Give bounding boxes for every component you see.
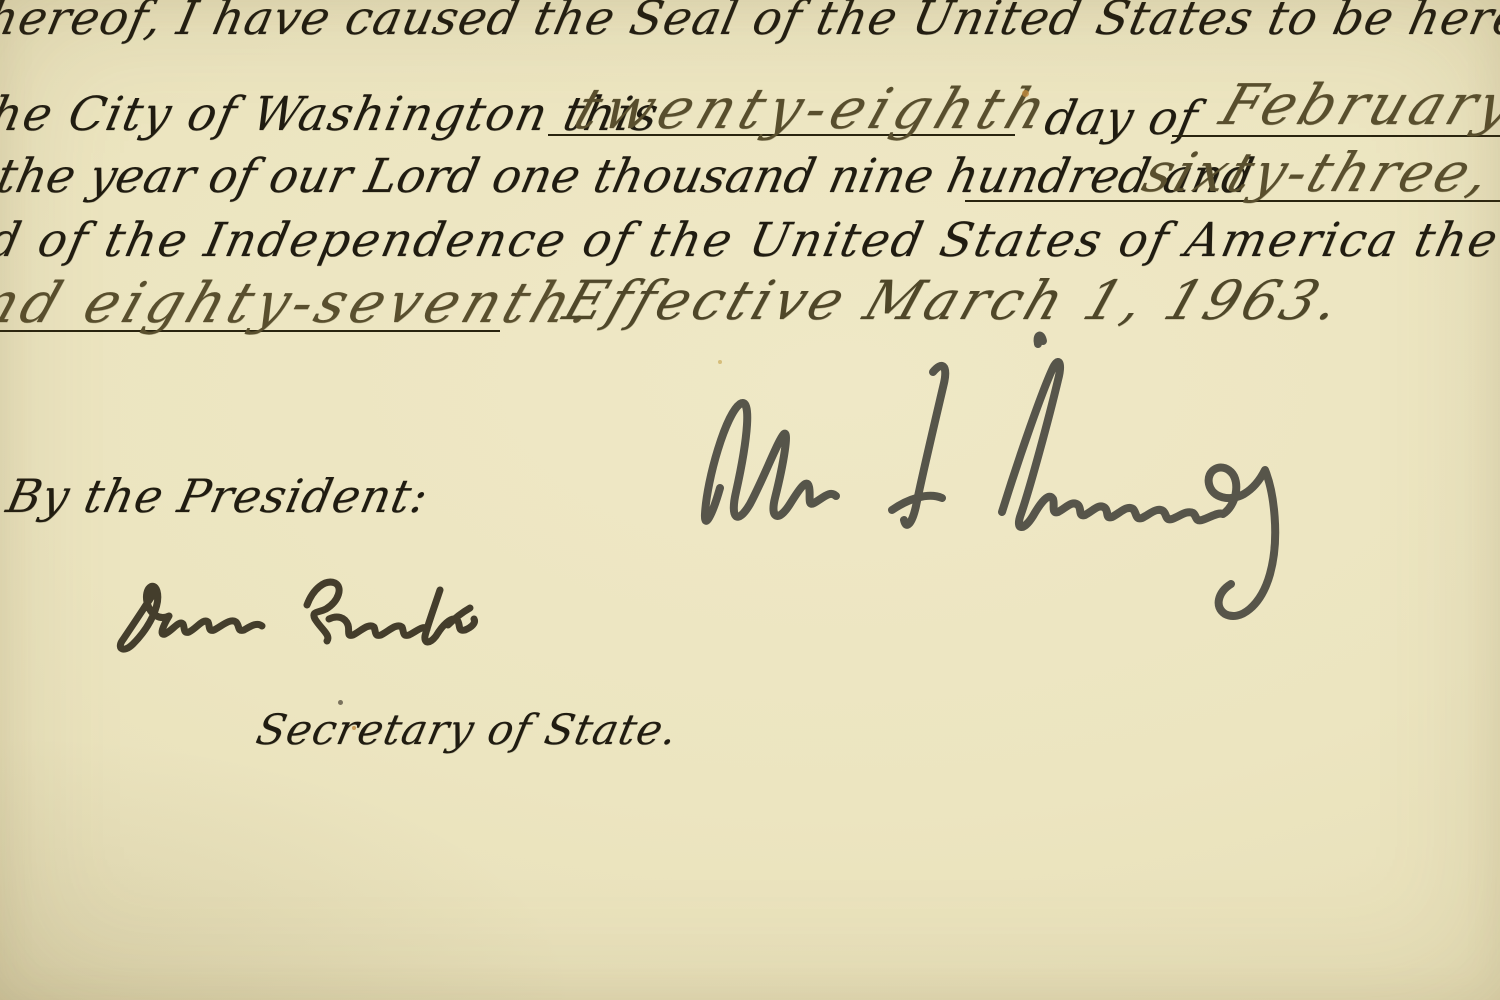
president-signature — [690, 330, 1340, 630]
day-fill-in: twenty-eighth — [566, 78, 1060, 142]
year-fill-in: sixty-three, — [1135, 142, 1500, 204]
by-the-president-label: By the President: — [2, 470, 433, 523]
paper-speck — [352, 726, 356, 730]
year-of-our-lord-text: the year of our Lord one thousand nine h… — [0, 150, 1258, 204]
paper-speck — [338, 700, 343, 705]
paper-speck — [1022, 90, 1029, 97]
paper-speck — [718, 360, 722, 364]
effective-date-fill-in: Effective March 1, 1963. — [556, 270, 1352, 332]
day-of-label: day of — [1040, 92, 1203, 146]
month-fill-in: February, — [1212, 74, 1500, 138]
ordinal-fill-in: and eighty-seventh. — [0, 272, 607, 336]
document-photo: hereof, I have caused the Seal of the Un… — [0, 0, 1500, 1000]
independence-clause-line: d of the Independence of the United Stat… — [0, 214, 1500, 268]
secretary-of-state-label: Secretary of State. — [252, 706, 682, 754]
seal-clause-line: hereof, I have caused the Seal of the Un… — [0, 0, 1500, 46]
secretary-signature — [108, 572, 488, 672]
